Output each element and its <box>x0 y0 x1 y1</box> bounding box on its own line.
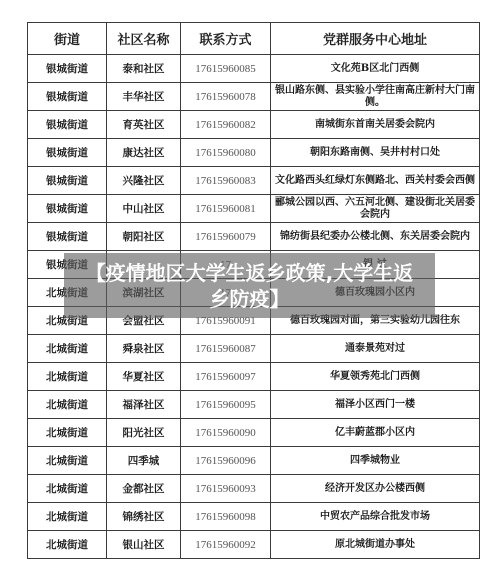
cell-street: 银城街道 <box>28 223 107 251</box>
table-row: 银城街道康达社区17615960080朝阳东路南侧、吴井村村口处 <box>28 139 480 167</box>
cell-address: 文化路西头红绿灯东侧路北、西关村委会西侧 <box>271 167 480 195</box>
table-header-row: 街道 社区名称 联系方式 党群服务中心地址 <box>28 23 480 55</box>
header-community: 社区名称 <box>107 23 181 55</box>
cell-address: 亿丰蔚蓝郡小区内 <box>271 419 480 447</box>
cell-street: 北城街道 <box>28 391 107 419</box>
cell-address: 经济开发区办公楼西侧 <box>271 475 480 503</box>
cell-street: 银城街道 <box>28 167 107 195</box>
cell-street: 银城街道 <box>28 83 107 111</box>
cell-phone: 17615960095 <box>181 391 271 419</box>
cell-street: 北城街道 <box>28 363 107 391</box>
header-address: 党群服务中心地址 <box>271 23 480 55</box>
table-row: 银城街道丰华社区17615960078银山路东侧、县实验小学往南高庄新村大门南侧… <box>28 83 480 111</box>
cell-community: 锦绣社区 <box>107 503 181 531</box>
cell-address: 郦城公园以西、六五河北侧、建设街北关居委会院内 <box>271 195 480 223</box>
cell-address: 通泰景苑对过 <box>271 335 480 363</box>
cell-address: 中贸农产品综合批发市场 <box>271 503 480 531</box>
cell-community: 兴隆社区 <box>107 167 181 195</box>
table-row: 北城街道四季城17615960096四季城物业 <box>28 447 480 475</box>
cell-community: 中山社区 <box>107 195 181 223</box>
cell-phone: 17615960083 <box>181 167 271 195</box>
cell-phone: 17615960098 <box>181 503 271 531</box>
cell-phone: 17615960093 <box>181 475 271 503</box>
cell-phone: 17615960085 <box>181 55 271 83</box>
cell-street: 北城街道 <box>28 447 107 475</box>
cell-address: 福泽小区西门一楼 <box>271 391 480 419</box>
table-row: 银城街道育英社区17615960082南城街东首南关居委会院内 <box>28 111 480 139</box>
cell-community: 泰和社区 <box>107 55 181 83</box>
table-row: 银城街道中山社区17615960081郦城公园以西、六五河北侧、建设街北关居委会… <box>28 195 480 223</box>
cell-community: 金都社区 <box>107 475 181 503</box>
cell-community: 银山社区 <box>107 531 181 559</box>
table-row: 北城街道锦绣社区17615960098中贸农产品综合批发市场 <box>28 503 480 531</box>
cell-street: 北城街道 <box>28 531 107 559</box>
cell-community: 朝阳社区 <box>107 223 181 251</box>
cell-phone: 17615960079 <box>181 223 271 251</box>
table-row: 银城街道朝阳社区17615960079锦纺街县纪委办公楼北侧、东关居委会院内 <box>28 223 480 251</box>
cell-address: 南城街东首南关居委会院内 <box>271 111 480 139</box>
cell-address: 原北城街道办事处 <box>271 531 480 559</box>
cell-community: 华夏社区 <box>107 363 181 391</box>
cell-phone: 17615960080 <box>181 139 271 167</box>
cell-address: 锦纺街县纪委办公楼北侧、东关居委会院内 <box>271 223 480 251</box>
cell-community: 康达社区 <box>107 139 181 167</box>
cell-street: 银城街道 <box>28 195 107 223</box>
table-row: 北城街道福泽社区17615960095福泽小区西门一楼 <box>28 391 480 419</box>
cell-address: 华夏领秀苑北门西侧 <box>271 363 480 391</box>
cell-phone: 17615960082 <box>181 111 271 139</box>
cell-phone: 17615960087 <box>181 335 271 363</box>
table-row: 北城街道华夏社区17615960097华夏领秀苑北门西侧 <box>28 363 480 391</box>
cell-address: 朝阳东路南侧、吴井村村口处 <box>271 139 480 167</box>
cell-phone: 17615960097 <box>181 363 271 391</box>
cell-address: 文化苑B区北门西侧 <box>271 55 480 83</box>
cell-address: 银山路东侧、县实验小学往南高庄新村大门南侧。 <box>271 83 480 111</box>
table-row: 北城街道阳光社区17615960090亿丰蔚蓝郡小区内 <box>28 419 480 447</box>
overlay-title: 【疫情地区大学生返乡政策,大学生返乡防疫】 <box>80 260 420 312</box>
cell-community: 舜泉社区 <box>107 335 181 363</box>
table-row: 北城街道银山社区17615960092原北城街道办事处 <box>28 531 480 559</box>
cell-phone: 17615960081 <box>181 195 271 223</box>
cell-community: 四季城 <box>107 447 181 475</box>
cell-phone: 17615960078 <box>181 83 271 111</box>
cell-street: 银城街道 <box>28 139 107 167</box>
cell-street: 北城街道 <box>28 335 107 363</box>
cell-street: 银城街道 <box>28 55 107 83</box>
header-street: 街道 <box>28 23 107 55</box>
cell-street: 北城街道 <box>28 503 107 531</box>
cell-community: 阳光社区 <box>107 419 181 447</box>
cell-community: 福泽社区 <box>107 391 181 419</box>
table-row: 银城街道兴隆社区17615960083文化路西头红绿灯东侧路北、西关村委会西侧 <box>28 167 480 195</box>
table-row: 银城街道泰和社区17615960085文化苑B区北门西侧 <box>28 55 480 83</box>
cell-phone: 17615960096 <box>181 447 271 475</box>
header-phone: 联系方式 <box>181 23 271 55</box>
cell-street: 银城街道 <box>28 111 107 139</box>
cell-community: 育英社区 <box>107 111 181 139</box>
title-overlay-banner: 【疫情地区大学生返乡政策,大学生返乡防疫】 <box>64 253 435 318</box>
cell-street: 北城街道 <box>28 419 107 447</box>
table-row: 北城街道舜泉社区17615960087通泰景苑对过 <box>28 335 480 363</box>
cell-address: 四季城物业 <box>271 447 480 475</box>
cell-street: 北城街道 <box>28 475 107 503</box>
cell-phone: 17615960090 <box>181 419 271 447</box>
cell-phone: 17615960092 <box>181 531 271 559</box>
cell-community: 丰华社区 <box>107 83 181 111</box>
table-row: 北城街道金都社区17615960093经济开发区办公楼西侧 <box>28 475 480 503</box>
